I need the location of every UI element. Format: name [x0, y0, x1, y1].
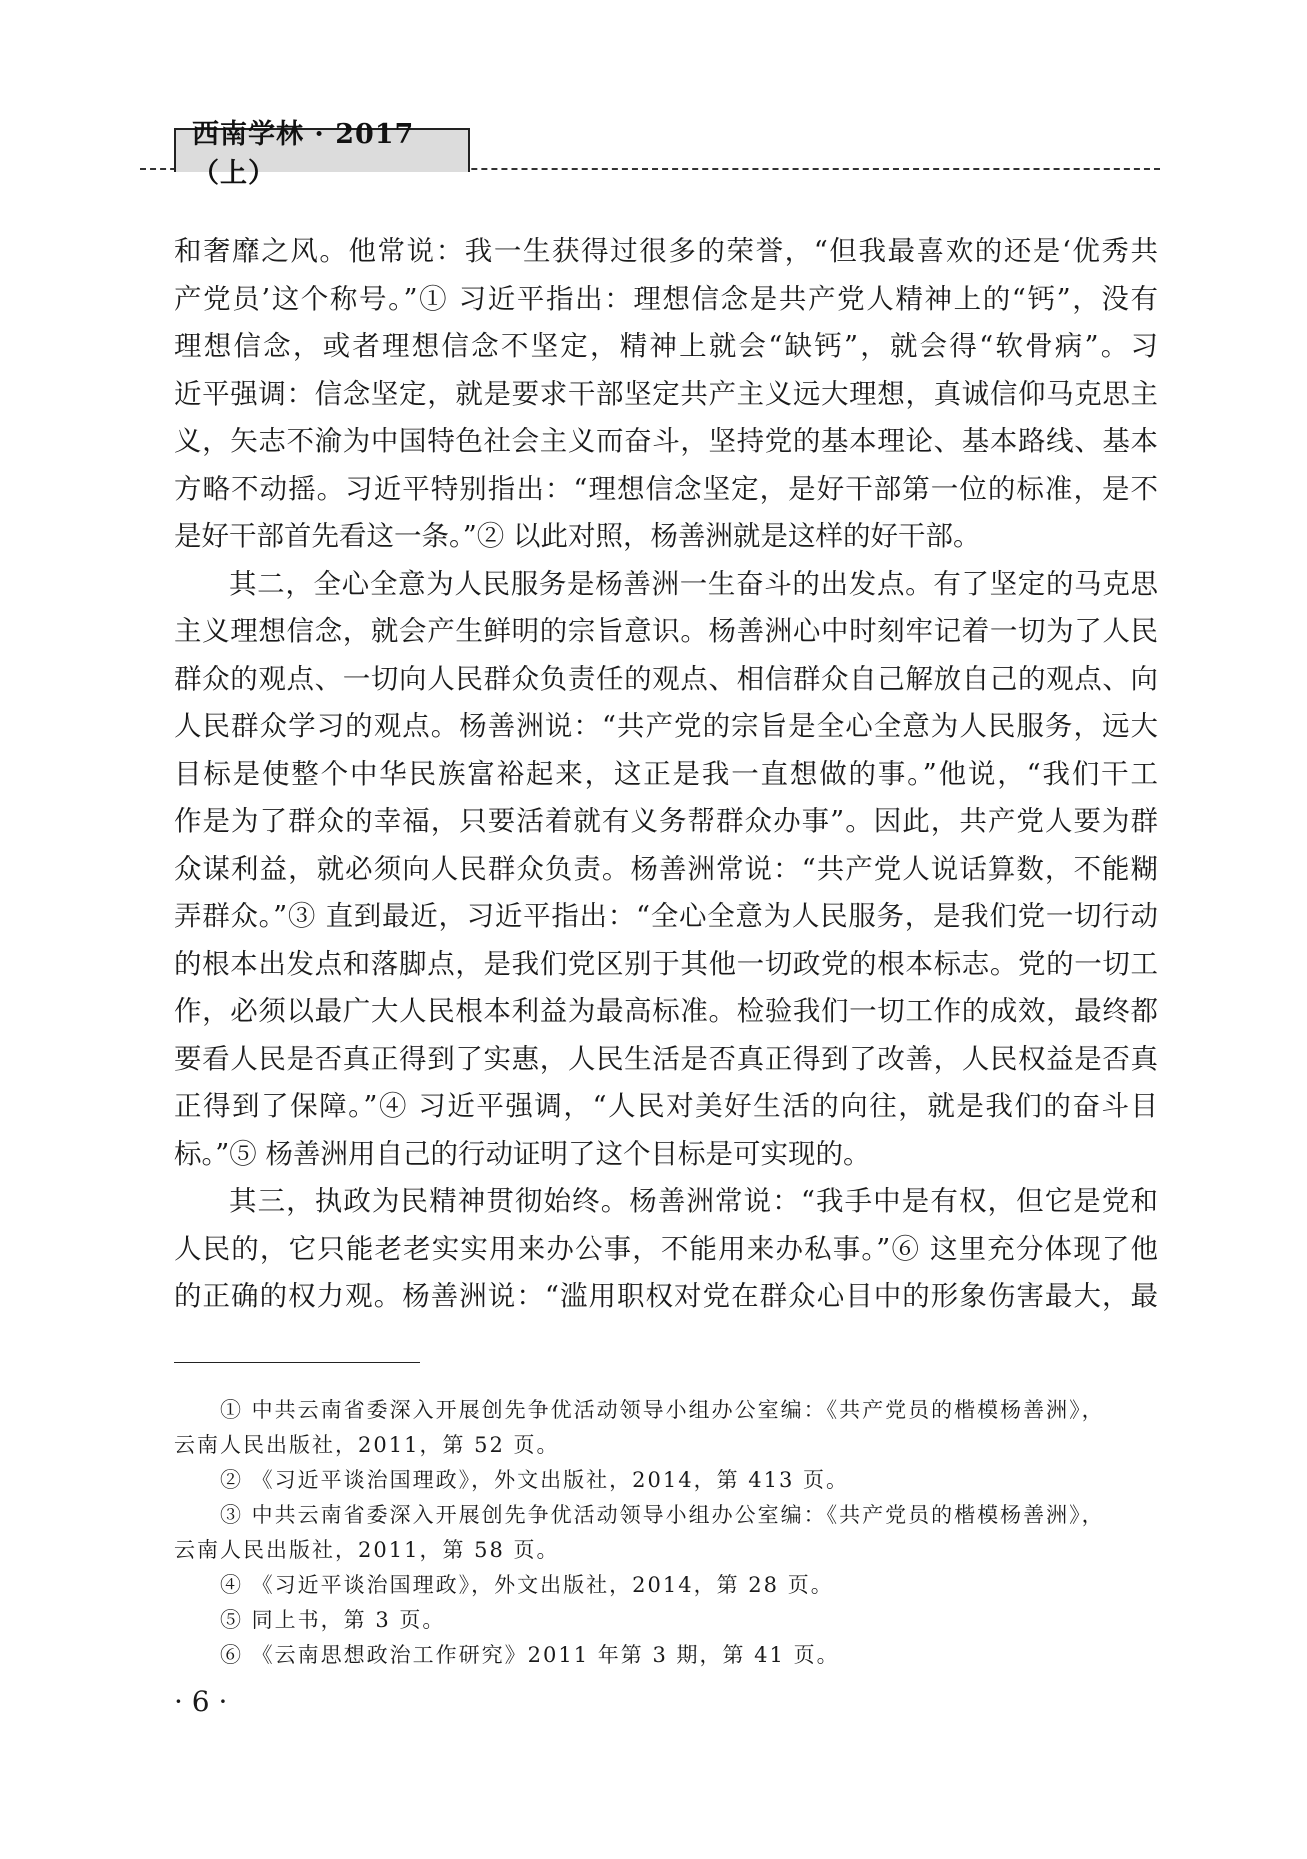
text-line: 方略不动摇。习近平特别指出：“理想信念坚定，是好干部第一位的标准，是不 [174, 466, 1158, 514]
text-line: 主义理想信念，就会产生鲜明的宗旨意识。杨善洲心中时刻牢记着一切为了人民 [174, 608, 1158, 656]
footnote-1-cont: 云南人民出版社，2011，第 52 页。 [174, 1428, 1158, 1463]
paragraph-1: 和奢靡之风。他常说：我一生获得过很多的荣誉，“但我最喜欢的还是‘优秀共 产党员’… [174, 228, 1158, 561]
footnote-3: ③ 中共云南省委深入开展创先争优活动领导小组办公室编：《共产党员的楷模杨善洲》， [174, 1498, 1158, 1533]
text-line: 标。”⑤ 杨善洲用自己的行动证明了这个目标是可实现的。 [174, 1131, 1158, 1179]
footnote-separator [174, 1362, 420, 1363]
paragraph-2: 其二，全心全意为人民服务是杨善洲一生奋斗的出发点。有了坚定的马克思 主义理想信念… [174, 561, 1158, 1179]
text-line: 理想信念，或者理想信念不坚定，精神上就会“缺钙”，就会得“软骨病”。习 [174, 323, 1158, 371]
journal-title: 西南学林 · 2017（上） [192, 112, 468, 190]
text-line: 其二，全心全意为人民服务是杨善洲一生奋斗的出发点。有了坚定的马克思 [174, 561, 1158, 609]
footnote-1: ① 中共云南省委深入开展创先争优活动领导小组办公室编：《共产党员的楷模杨善洲》， [174, 1393, 1158, 1428]
text-line: 人民的，它只能老老实实用来办公事，不能用来办私事。”⑥ 这里充分体现了他 [174, 1226, 1158, 1274]
footnote-5: ⑤ 同上书，第 3 页。 [174, 1603, 1158, 1638]
text-line: 人民群众学习的观点。杨善洲说：“共产党的宗旨是全心全意为人民服务，远大 [174, 703, 1158, 751]
footnotes: ① 中共云南省委深入开展创先争优活动领导小组办公室编：《共产党员的楷模杨善洲》，… [174, 1393, 1158, 1673]
running-header: 西南学林 · 2017（上） [0, 0, 1307, 180]
journal-title-box: 西南学林 · 2017（上） [174, 128, 470, 172]
text-line: 是好干部首先看这一条。”② 以此对照，杨善洲就是这样的好干部。 [174, 513, 1158, 561]
text-line: 其三，执政为民精神贯彻始终。杨善洲常说：“我手中是有权，但它是党和 [174, 1178, 1158, 1226]
text-line: 的正确的权力观。杨善洲说：“滥用职权对党在群众心目中的形象伤害最大，最 [174, 1273, 1158, 1321]
text-line: 和奢靡之风。他常说：我一生获得过很多的荣誉，“但我最喜欢的还是‘优秀共 [174, 228, 1158, 276]
footnote-2: ② 《习近平谈治国理政》，外文出版社，2014，第 413 页。 [174, 1463, 1158, 1498]
text-line: 目标是使整个中华民族富裕起来，这正是我一直想做的事。”他说，“我们干工 [174, 751, 1158, 799]
paragraph-3: 其三，执政为民精神贯彻始终。杨善洲常说：“我手中是有权，但它是党和 人民的，它只… [174, 1178, 1158, 1321]
text-line: 群众的观点、一切向人民群众负责任的观点、相信群众自己解放自己的观点、向 [174, 656, 1158, 704]
text-line: 近平强调：信念坚定，就是要求干部坚定共产主义远大理想，真诚信仰马克思主 [174, 371, 1158, 419]
footnote-6: ⑥ 《云南思想政治工作研究》2011 年第 3 期，第 41 页。 [174, 1638, 1158, 1673]
text-line: 作，必须以最广大人民根本利益为最高标准。检验我们一切工作的成效，最终都 [174, 988, 1158, 1036]
text-line: 的根本出发点和落脚点，是我们党区别于其他一切政党的根本标志。党的一切工 [174, 941, 1158, 989]
text-line: 弄群众。”③ 直到最近，习近平指出：“全心全意为人民服务，是我们党一切行动 [174, 893, 1158, 941]
text-line: 众谋利益，就必须向人民群众负责。杨善洲常说：“共产党人说话算数，不能糊 [174, 846, 1158, 894]
text-line: 要看人民是否真正得到了实惠，人民生活是否真正得到了改善，人民权益是否真 [174, 1036, 1158, 1084]
body-text: 和奢靡之风。他常说：我一生获得过很多的荣誉，“但我最喜欢的还是‘优秀共 产党员’… [174, 228, 1158, 1321]
text-line: 正得到了保障。”④ 习近平强调，“人民对美好生活的向往，就是我们的奋斗目 [174, 1083, 1158, 1131]
footnote-4: ④ 《习近平谈治国理政》，外文出版社，2014，第 28 页。 [174, 1568, 1158, 1603]
text-line: 作是为了群众的幸福，只要活着就有义务帮群众办事”。因此，共产党人要为群 [174, 798, 1158, 846]
text-line: 产党员’这个称号。”① 习近平指出：理想信念是共产党人精神上的“钙”，没有 [174, 276, 1158, 324]
page-number: · 6 · [174, 1685, 227, 1718]
text-line: 义，矢志不渝为中国特色社会主义而奋斗，坚持党的基本理论、基本路线、基本 [174, 418, 1158, 466]
footnote-3-cont: 云南人民出版社，2011，第 58 页。 [174, 1533, 1158, 1568]
